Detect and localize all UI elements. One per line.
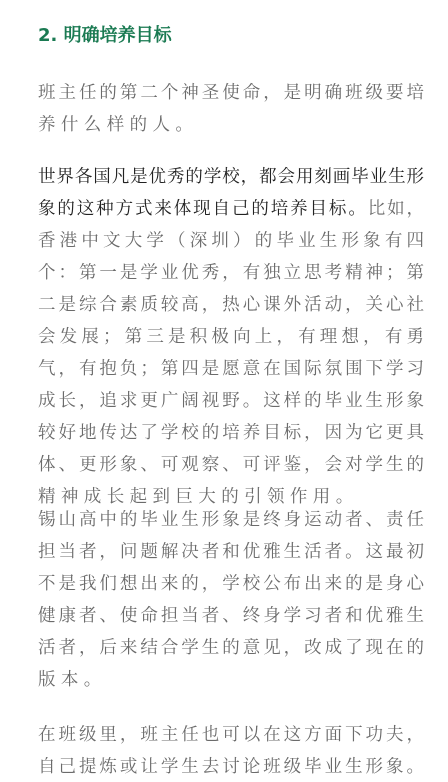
paragraph-line: 锡山高中的毕业生形象是终身运动者、责任	[38, 504, 424, 536]
emphasis-text: 象的这种方式来体现自己的培养目标。	[38, 199, 368, 219]
paragraph-line: 成长，追求更广阔视野。这样的毕业生形象	[38, 385, 424, 417]
paragraph-line: 活者，后来结合学生的意见，改成了现在的	[38, 632, 424, 664]
paragraph-line: 版本。	[38, 664, 424, 696]
paragraph-line: 不是我们想出来的，学校公布出来的是身心	[38, 568, 424, 600]
paragraph-line: 在班级里，班主任也可以在这方面下功夫，	[38, 719, 424, 751]
paragraph-line: 班主任的第二个神圣使命，是明确班级要培	[38, 77, 424, 109]
mixed-line: 象的这种方式来体现自己的培养目标。比如，	[38, 193, 424, 225]
paragraph-1: 班主任的第二个神圣使命，是明确班级要培 养什么样的人。	[38, 77, 424, 141]
paragraph-line: 较好地传达了学校的培养目标，因为它更具	[38, 417, 424, 449]
paragraph-line: 养什么样的人。	[38, 109, 424, 141]
paragraph-3: 锡山高中的毕业生形象是终身运动者、责任 担当者，问题解决者和优雅生活者。这最初 …	[38, 504, 424, 696]
paragraph-2: 世界各国凡是优秀的学校，都会用刻画毕业生形 象的这种方式来体现自己的培养目标。比…	[38, 161, 424, 513]
paragraph-line: 健康者、使命担当者、终身学习者和优雅生	[38, 600, 424, 632]
paragraph-line: 体、更形象、可观察、可评鉴，会对学生的	[38, 449, 424, 481]
paragraph-line: 担当者，问题解决者和优雅生活者。这最初	[38, 536, 424, 568]
paragraph-line: 气，有抱负；第四是愿意在国际氛围下学习	[38, 353, 424, 385]
plain-text: 比如，	[368, 199, 424, 219]
emphasis-line: 世界各国凡是优秀的学校，都会用刻画毕业生形	[38, 161, 424, 193]
paragraph-line: 会发展；第三是积极向上，有理想，有勇	[38, 321, 424, 353]
paragraph-line: 香港中文大学（深圳）的毕业生形象有四	[38, 225, 424, 257]
paragraph-line: 二是综合素质较高，热心课外活动，关心社	[38, 289, 424, 321]
paragraph-line: 个：第一是学业优秀，有独立思考精神；第	[38, 257, 424, 289]
paragraph-line: 自己提炼或让学生去讨论班级毕业生形象。	[38, 751, 424, 782]
section-heading: 2. 明确培养目标	[38, 22, 172, 50]
paragraph-4: 在班级里，班主任也可以在这方面下功夫， 自己提炼或让学生去讨论班级毕业生形象。	[38, 719, 424, 782]
